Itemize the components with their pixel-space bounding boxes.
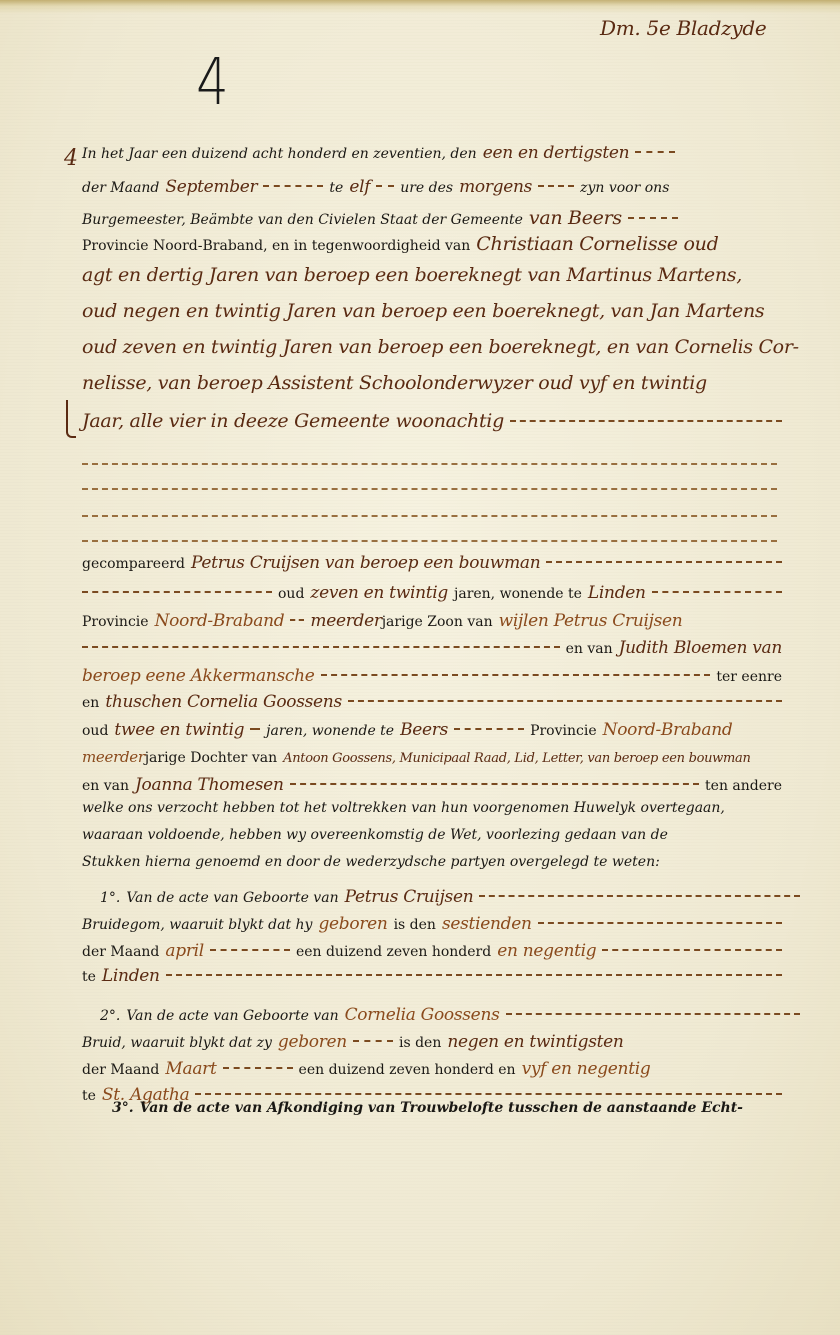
handwritten-text: oud zeven en twintig Jaren van beroep ee… bbox=[82, 336, 799, 358]
handwritten-text: Jaar, alle vier in deeze Gemeente woonac… bbox=[82, 410, 504, 432]
printed-text: is den bbox=[394, 917, 436, 933]
handwritten-name: Petrus Cruijsen bbox=[345, 887, 474, 907]
handwritten-bride-residence: Beers bbox=[400, 720, 448, 740]
item-3-line-1b: 3°. Van de acte van Afkondiging van Trou… bbox=[112, 1100, 812, 1130]
item-number: 1°. bbox=[100, 890, 120, 906]
intro-line-4: Provincie Noord-Braband, en in tegenwoor… bbox=[82, 233, 782, 263]
printed-text: een duizend zeven honderd bbox=[296, 944, 491, 960]
handwritten-groom-residence: Linden bbox=[588, 583, 646, 603]
handwritten-bride-mother: Joanna Thomesen bbox=[135, 775, 284, 795]
fill-dash bbox=[506, 1013, 800, 1015]
bride-line-1: en thuschen Cornelia Goossens bbox=[82, 692, 782, 722]
handwritten-text: nelisse, van beroep Assistent Schoolonde… bbox=[82, 372, 707, 394]
printed-text: Provincie bbox=[82, 614, 149, 630]
printed-text: een duizend zeven honderd en bbox=[299, 1062, 516, 1078]
handwritten-born: geboren bbox=[318, 914, 387, 934]
fill-dash bbox=[353, 1040, 393, 1042]
witness-line-1: agt en dertig Jaren van beroep een boere… bbox=[82, 264, 782, 294]
printed-text: ure des bbox=[400, 180, 453, 196]
handwritten-witness-1: Christiaan Cornelisse oud bbox=[476, 233, 718, 255]
fill-dash bbox=[321, 674, 711, 676]
bride-line-3: meerder jarige Dochter van Antoon Goosse… bbox=[82, 748, 782, 778]
fill-dash bbox=[223, 1067, 293, 1069]
printed-text: Provincie bbox=[530, 723, 597, 739]
fill-dash bbox=[546, 561, 782, 563]
filler-dash-row bbox=[82, 515, 777, 517]
handwritten-groom-father: wijlen Petrus Cruijsen bbox=[499, 611, 683, 631]
item-2-line-1: 2°. Van de acte van Geboorte van Corneli… bbox=[100, 1005, 800, 1035]
handwritten-bride-father: Antoon Goossens, Municipaal Raad, Lid, L… bbox=[283, 751, 750, 766]
printed-text: is den bbox=[399, 1035, 441, 1051]
printed-text: jarige Dochter van bbox=[145, 750, 277, 766]
handwritten-name: Cornelia Goossens bbox=[345, 1005, 500, 1025]
margin-bracket bbox=[66, 400, 76, 438]
item-2-line-2: Bruid, waaruit blykt dat zy geboren is d… bbox=[82, 1032, 782, 1062]
printed-text: ter eenre bbox=[716, 669, 782, 685]
printed-text: In het Jaar een duizend acht honderd en … bbox=[82, 146, 477, 162]
printed-text: en van bbox=[82, 778, 129, 794]
handwritten-month: april bbox=[165, 941, 204, 961]
fill-dash bbox=[348, 700, 782, 702]
printed-text: en van bbox=[566, 641, 613, 657]
handwritten-municipality: van Beers bbox=[529, 207, 622, 229]
handwritten-groom-name: Petrus Cruijsen van beroep een bouwman bbox=[191, 553, 540, 573]
handwritten-time: morgens bbox=[459, 177, 532, 197]
handwritten-text: oud negen en twintig Jaren van beroep ee… bbox=[82, 300, 764, 322]
groom-line-1: gecompareerd Petrus Cruijsen van beroep … bbox=[82, 553, 782, 583]
handwritten-day: sestienden bbox=[442, 914, 532, 934]
fill-dash bbox=[538, 922, 782, 924]
fill-dash bbox=[195, 1093, 782, 1095]
handwritten-text: agt en dertig Jaren van beroep een boere… bbox=[82, 264, 742, 286]
intro-line-2: der Maand September te elf ure des morge… bbox=[82, 177, 782, 207]
handwritten-day: negen en twintigsten bbox=[447, 1032, 623, 1052]
handwritten-majority: meerder bbox=[310, 611, 381, 631]
handwritten-province: Noord-Braband bbox=[155, 611, 285, 631]
printed-text: zyn voor ons bbox=[580, 180, 669, 196]
printed-text: welke ons verzocht hebben tot het voltre… bbox=[82, 800, 725, 816]
printed-text: Van de acte van Geboorte van bbox=[126, 890, 338, 906]
handwritten-mother-occupation: beroep eene Akkermansche bbox=[82, 666, 315, 686]
groom-line-4: en van Judith Bloemen van bbox=[82, 638, 782, 668]
item-1-line-4: te Linden bbox=[82, 966, 782, 996]
bride-line-2: oud twee en twintig jaren, wonende te Be… bbox=[82, 720, 782, 750]
fill-dash bbox=[635, 151, 675, 153]
handwritten-groom-age: zeven en twintig bbox=[310, 583, 448, 603]
fill-dash bbox=[538, 185, 574, 187]
document-page: Dm. 5e Bladzyde 4 4 In het Jaar een duiz… bbox=[0, 0, 840, 1335]
printed-text: Van de acte van Geboorte van bbox=[126, 1008, 338, 1024]
fill-dash bbox=[82, 591, 272, 593]
printed-text: ten andere bbox=[705, 778, 782, 794]
printed-text: te bbox=[82, 1088, 96, 1104]
handwritten-majority: meerder bbox=[82, 748, 145, 766]
handwritten-month: September bbox=[165, 177, 257, 197]
fill-dash bbox=[290, 783, 699, 785]
printed-text: Van de acte van Afkondiging van Trouwbel… bbox=[140, 1100, 743, 1116]
handwritten-place: Linden bbox=[102, 966, 160, 986]
printed-text: en bbox=[82, 695, 99, 711]
fill-dash bbox=[454, 728, 524, 730]
printed-text: jaren, wonende te bbox=[454, 586, 582, 602]
handwritten-day: een en dertigsten bbox=[483, 143, 630, 163]
item-1-line-2: Bruidegom, waaruit blykt dat hy geboren … bbox=[82, 914, 782, 944]
printed-text: der Maand bbox=[82, 944, 159, 960]
fill-dash bbox=[479, 895, 800, 897]
printed-text: jaren, wonende te bbox=[266, 723, 394, 739]
printed-text: te bbox=[329, 180, 343, 196]
fill-dash bbox=[290, 619, 304, 621]
handwritten-bride-name: thuschen Cornelia Goossens bbox=[105, 692, 342, 712]
body-line-2: waaraan voldoende, hebben wy overeenkoms… bbox=[82, 827, 782, 857]
groom-line-2: oud zeven en twintig jaren, wonende te L… bbox=[82, 583, 782, 613]
fill-dash bbox=[210, 949, 290, 951]
printed-text: der Maand bbox=[82, 1062, 159, 1078]
item-number: 3°. bbox=[112, 1100, 134, 1116]
fill-dash bbox=[250, 728, 260, 730]
printed-text: oud bbox=[82, 723, 108, 739]
fill-dash bbox=[166, 974, 782, 976]
fill-dash bbox=[510, 420, 782, 422]
margin-number: 4 bbox=[64, 146, 78, 171]
body-line-3: Stukken hierna genoemd en door de wederz… bbox=[82, 854, 782, 884]
handwritten-groom-mother: Judith Bloemen van bbox=[619, 638, 782, 658]
printed-text: oud bbox=[278, 586, 304, 602]
printed-text: der Maand bbox=[82, 180, 159, 196]
fill-dash bbox=[652, 591, 782, 593]
printed-text: te bbox=[82, 969, 96, 985]
fill-dash bbox=[263, 185, 323, 187]
handwritten-born: geboren bbox=[278, 1032, 347, 1052]
filler-dash-row bbox=[82, 463, 777, 465]
witness-line-2: oud negen en twintig Jaren van beroep ee… bbox=[82, 300, 782, 330]
witness-line-5: Jaar, alle vier in deeze Gemeente woonac… bbox=[82, 410, 782, 440]
handwritten-year: vyf en negentig bbox=[522, 1059, 651, 1079]
handwritten-month: Maart bbox=[165, 1059, 216, 1079]
printed-text: Provincie Noord-Braband, en in tegenwoor… bbox=[82, 238, 470, 254]
witness-line-4: nelisse, van beroep Assistent Schoolonde… bbox=[82, 372, 782, 402]
item-number: 2°. bbox=[100, 1008, 120, 1024]
printed-text: jarige Zoon van bbox=[382, 614, 493, 630]
item-1-line-1: 1°. Van de acte van Geboorte van Petrus … bbox=[100, 887, 800, 917]
fill-dash bbox=[376, 185, 394, 187]
page-number: 4 bbox=[196, 46, 229, 120]
intro-line-1: In het Jaar een duizend acht honderd en … bbox=[82, 143, 782, 173]
printed-text: Bruid, waaruit blykt dat zy bbox=[82, 1035, 272, 1051]
handwritten-year: en negentig bbox=[497, 941, 596, 961]
fill-dash bbox=[602, 949, 782, 951]
printed-text: Stukken hierna genoemd en door de wederz… bbox=[82, 854, 660, 870]
fill-dash bbox=[82, 646, 560, 648]
filler-dash-row bbox=[82, 540, 777, 542]
handwritten-bride-age: twee en twintig bbox=[114, 720, 244, 740]
header-note: Dm. 5e Bladzyde bbox=[600, 16, 766, 40]
groom-line-3: Provincie Noord-Braband meerder jarige Z… bbox=[82, 611, 782, 641]
filler-dash-row bbox=[82, 488, 777, 490]
printed-text: Bruidegom, waaruit blykt dat hy bbox=[82, 917, 312, 933]
printed-text: gecompareerd bbox=[82, 556, 185, 572]
handwritten-hour: elf bbox=[349, 177, 370, 197]
witness-line-3: oud zeven en twintig Jaren van beroep ee… bbox=[82, 336, 782, 366]
printed-text: waaraan voldoende, hebben wy overeenkoms… bbox=[82, 827, 668, 843]
body-line-1: welke ons verzocht hebben tot het voltre… bbox=[82, 800, 782, 830]
printed-text: Burgemeester, Beämbte van den Civielen S… bbox=[82, 212, 523, 228]
handwritten-province: Noord-Braband bbox=[603, 720, 733, 740]
fill-dash bbox=[628, 217, 678, 219]
